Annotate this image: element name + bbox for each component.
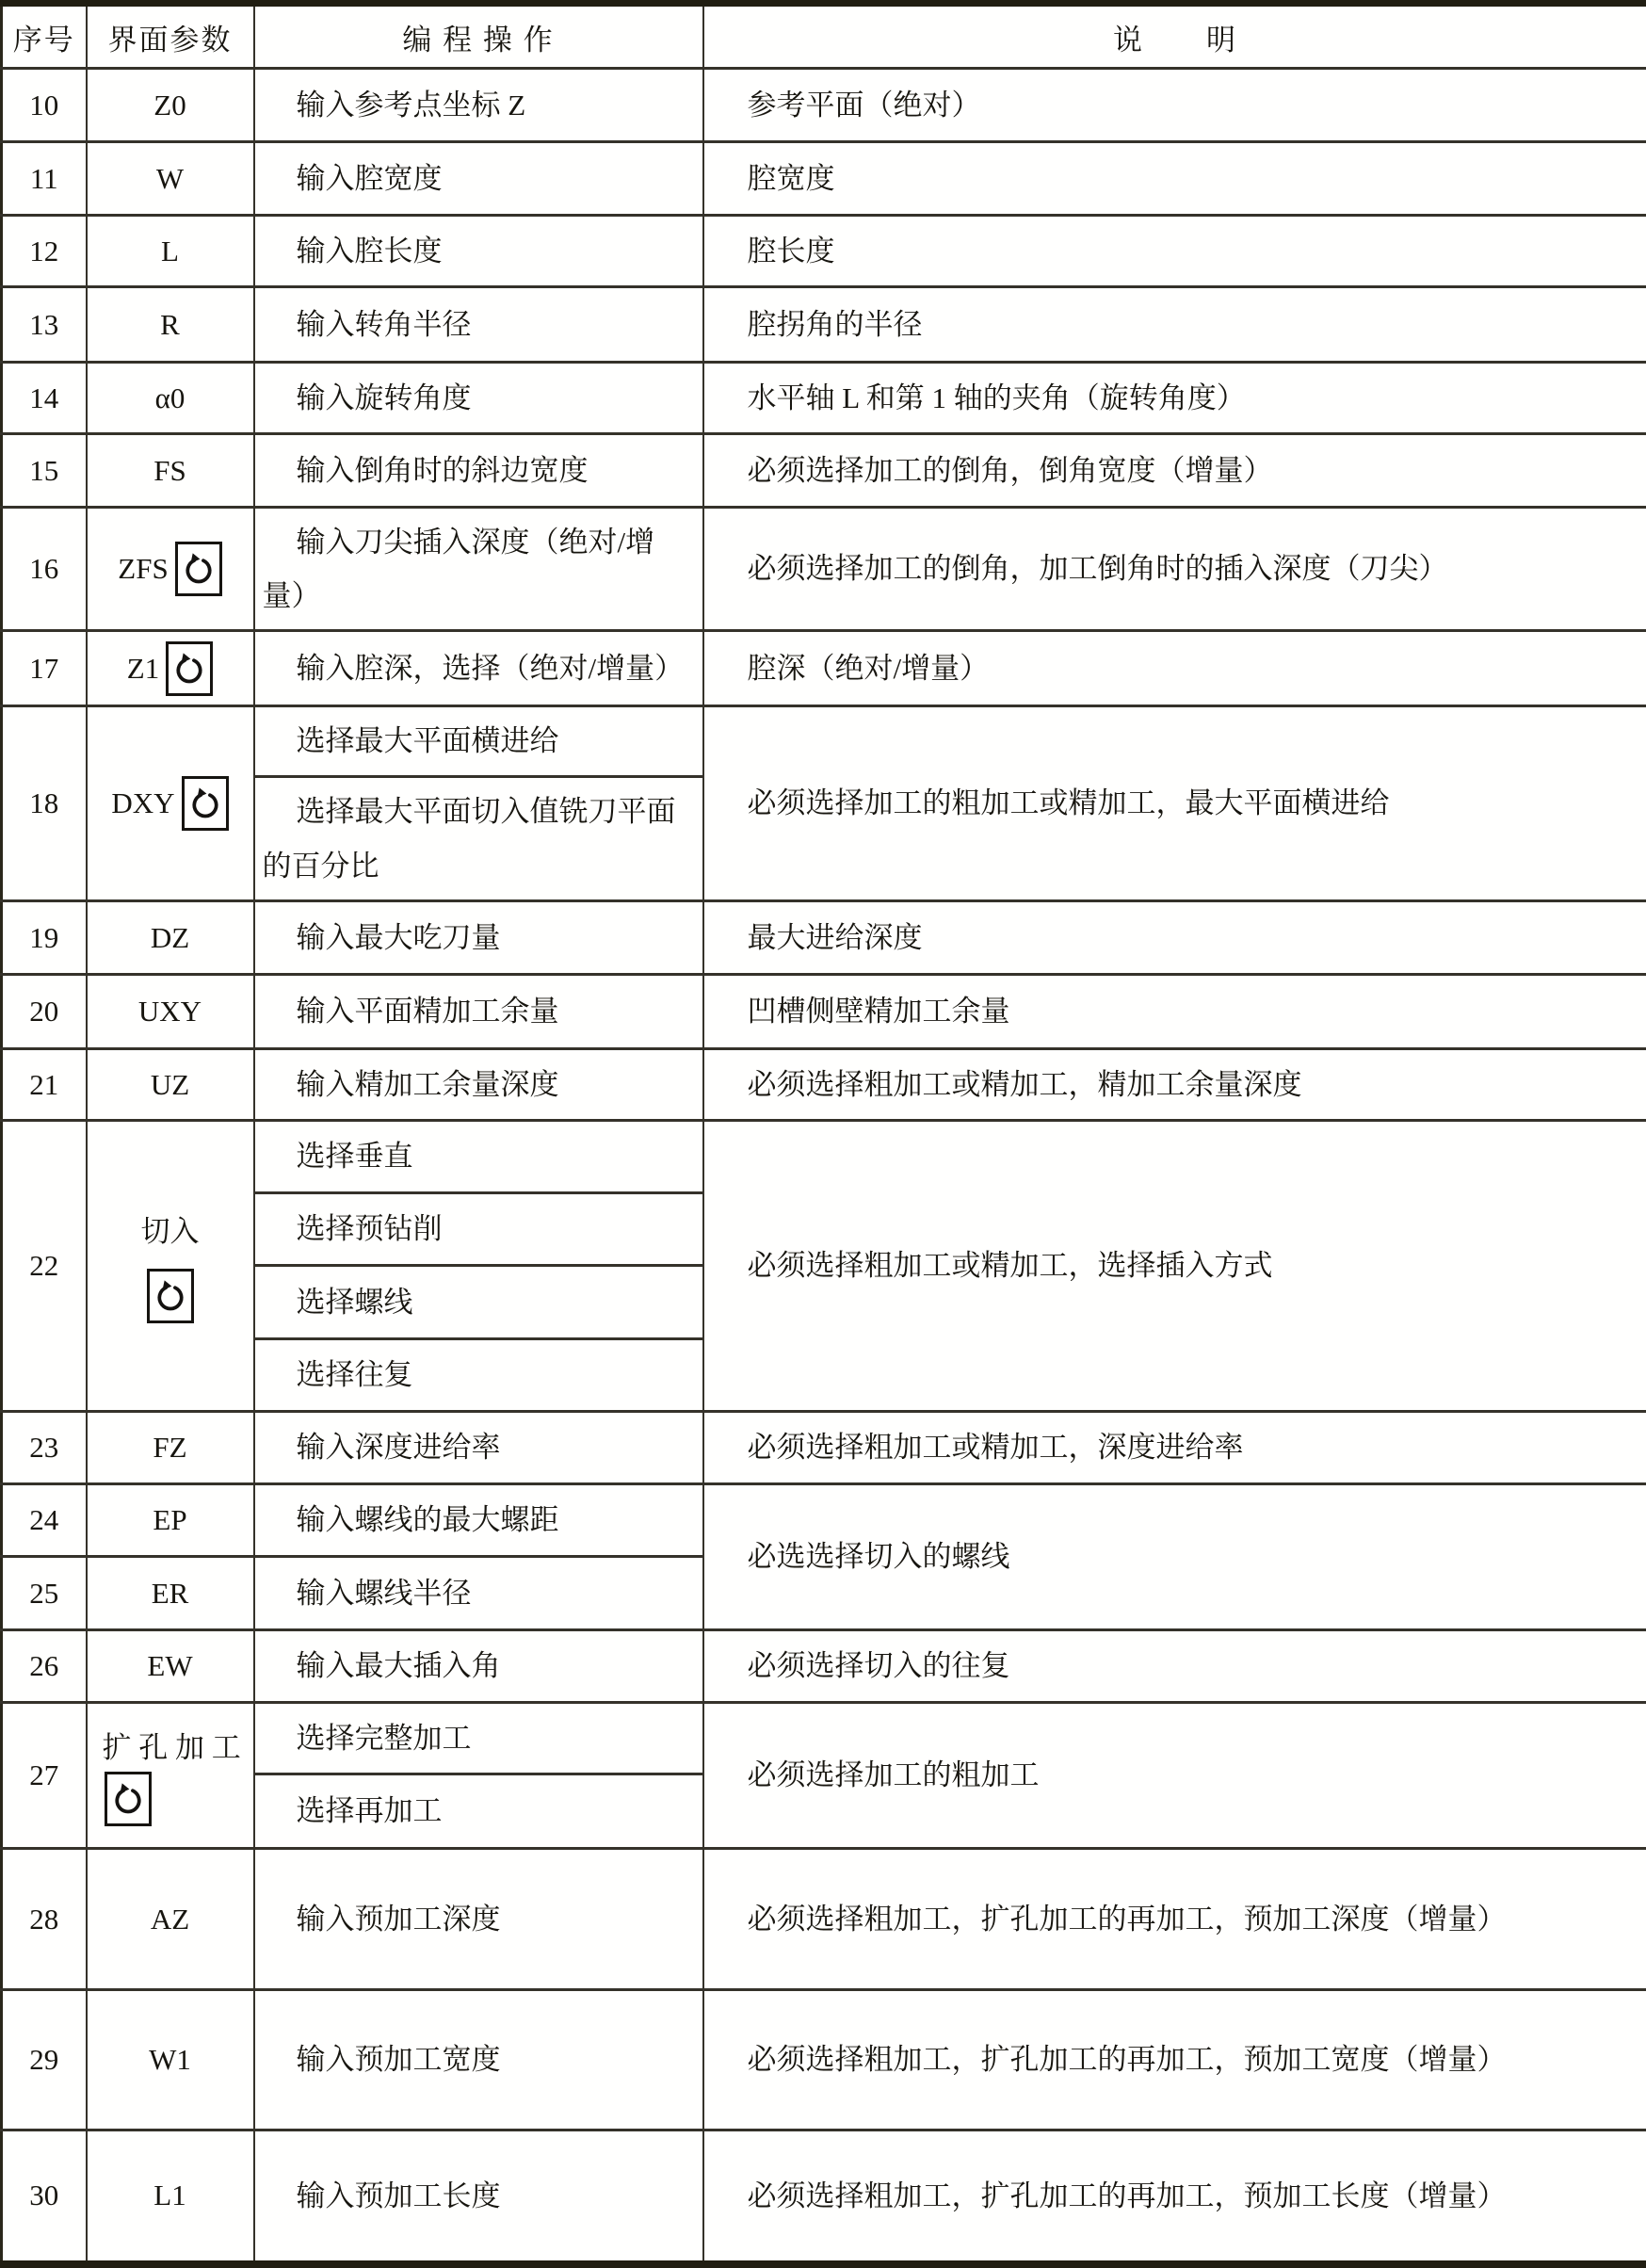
row-operation: 输入刀尖插入深度（绝对/增量） <box>254 508 703 631</box>
row-no: 15 <box>2 434 87 508</box>
row-operation: 选择往复 <box>254 1339 703 1412</box>
row-param: EP <box>87 1484 254 1557</box>
row-no: 27 <box>2 1703 87 1849</box>
table-row: 18 DXY 选择最大平面横进给 必须选择加工的粗加工或精加工，最大平面横进给 <box>2 706 1646 777</box>
row-param: AZ <box>87 1849 254 1990</box>
row-param: 切入 <box>87 1121 254 1412</box>
row-description: 必须选择加工的粗加工或精加工，最大平面横进给 <box>703 706 1646 901</box>
col-header-no: 序号 <box>2 4 87 69</box>
row-description: 必须选择粗加工或精加工，深度进给率 <box>703 1412 1646 1484</box>
row-no: 12 <box>2 216 87 287</box>
row-description: 必须选择粗加工或精加工，选择插入方式 <box>703 1121 1646 1412</box>
table-row: 19 DZ 输入最大吃刀量 最大进给深度 <box>2 901 1646 975</box>
param-label: Z1 <box>127 645 159 692</box>
table-row: 16 ZFS 输入刀尖插入深度（绝对/增量） 必须选择加工的倒角，加工倒角时的插… <box>2 508 1646 631</box>
row-operation: 选择最大平面切入值铣刀平面的百分比 <box>254 777 703 901</box>
row-operation: 输入旋转角度 <box>254 363 703 434</box>
param-label: DXY <box>111 780 174 827</box>
select-toggle-key-icon <box>147 1269 194 1323</box>
row-param: W <box>87 142 254 216</box>
row-description: 必须选择加工的粗加工 <box>703 1703 1646 1849</box>
parameter-table: 序号 界面参数 编 程 操 作 说 明 10 Z0 输入参考点坐标 Z 参考平面… <box>0 0 1646 2268</box>
row-operation: 选择最大平面横进给 <box>254 706 703 777</box>
row-operation: 输入螺线的最大螺距 <box>254 1484 703 1557</box>
row-param: L1 <box>87 2130 254 2264</box>
row-no: 17 <box>2 631 87 706</box>
col-header-param: 界面参数 <box>87 4 254 69</box>
row-operation: 输入参考点坐标 Z <box>254 69 703 142</box>
row-param: DZ <box>87 901 254 975</box>
row-param: R <box>87 287 254 363</box>
row-param: FS <box>87 434 254 508</box>
row-description: 水平轴 L 和第 1 轴的夹角（旋转角度） <box>703 363 1646 434</box>
row-operation: 输入最大插入角 <box>254 1630 703 1703</box>
row-param: L <box>87 216 254 287</box>
table-row: 30 L1 输入预加工长度 必须选择粗加工，扩孔加工的再加工，预加工长度（增量） <box>2 2130 1646 2264</box>
row-param: 扩 孔 加 工 <box>87 1703 254 1849</box>
row-param: ER <box>87 1557 254 1630</box>
param-label: 切入 <box>141 1208 200 1255</box>
row-param: EW <box>87 1630 254 1703</box>
row-operation: 输入预加工深度 <box>254 1849 703 1990</box>
col-header-operation: 编 程 操 作 <box>254 4 703 69</box>
row-description: 参考平面（绝对） <box>703 69 1646 142</box>
param-label: ZFS <box>118 545 168 592</box>
table-row: 13 R 输入转角半径 腔拐角的半径 <box>2 287 1646 363</box>
row-param: Z0 <box>87 69 254 142</box>
row-no: 16 <box>2 508 87 631</box>
row-param: UXY <box>87 975 254 1049</box>
document-page: 序号 界面参数 编 程 操 作 说 明 10 Z0 输入参考点坐标 Z 参考平面… <box>0 0 1646 2268</box>
row-description: 腔宽度 <box>703 142 1646 216</box>
row-description: 腔拐角的半径 <box>703 287 1646 363</box>
table-row: 22 切入 选择垂直 必须选择粗加工或精加工，选择插入方式 <box>2 1121 1646 1193</box>
table-header-row: 序号 界面参数 编 程 操 作 说 明 <box>2 4 1646 69</box>
row-operation: 选择螺线 <box>254 1266 703 1339</box>
row-no: 28 <box>2 1849 87 1990</box>
row-param: DXY <box>87 706 254 901</box>
row-description: 凹槽侧壁精加工余量 <box>703 975 1646 1049</box>
row-operation: 选择预钻削 <box>254 1193 703 1266</box>
col-header-description: 说 明 <box>703 4 1646 69</box>
row-operation: 选择再加工 <box>254 1774 703 1849</box>
row-description: 必选选择切入的螺线 <box>703 1484 1646 1630</box>
row-no: 21 <box>2 1049 87 1121</box>
row-operation: 输入预加工宽度 <box>254 1990 703 2130</box>
row-no: 18 <box>2 706 87 901</box>
row-no: 11 <box>2 142 87 216</box>
table-row: 14 α0 输入旋转角度 水平轴 L 和第 1 轴的夹角（旋转角度） <box>2 363 1646 434</box>
table-row: 28 AZ 输入预加工深度 必须选择粗加工，扩孔加工的再加工，预加工深度（增量） <box>2 1849 1646 1990</box>
row-param: ZFS <box>87 508 254 631</box>
table-row: 12 L 输入腔长度 腔长度 <box>2 216 1646 287</box>
param-label: 扩 孔 加 工 <box>103 1731 241 1764</box>
row-no: 14 <box>2 363 87 434</box>
table-row: 29 W1 输入预加工宽度 必须选择粗加工，扩孔加工的再加工，预加工宽度（增量） <box>2 1990 1646 2130</box>
row-description: 必须选择加工的倒角，倒角宽度（增量） <box>703 434 1646 508</box>
row-no: 30 <box>2 2130 87 2264</box>
table-row: 27 扩 孔 加 工 选择完整加工 必须选择加工的粗加工 <box>2 1703 1646 1774</box>
select-toggle-key-icon <box>182 776 229 831</box>
row-operation: 输入精加工余量深度 <box>254 1049 703 1121</box>
row-description: 必须选择粗加工或精加工，精加工余量深度 <box>703 1049 1646 1121</box>
row-operation: 输入预加工长度 <box>254 2130 703 2264</box>
row-description: 必须选择加工的倒角，加工倒角时的插入深度（刀尖） <box>703 508 1646 631</box>
row-description: 必须选择粗加工，扩孔加工的再加工，预加工宽度（增量） <box>703 1990 1646 2130</box>
row-operation: 输入腔长度 <box>254 216 703 287</box>
row-operation: 输入倒角时的斜边宽度 <box>254 434 703 508</box>
row-no: 24 <box>2 1484 87 1557</box>
row-param: UZ <box>87 1049 254 1121</box>
row-param: W1 <box>87 1990 254 2130</box>
table-row: 23 FZ 输入深度进给率 必须选择粗加工或精加工，深度进给率 <box>2 1412 1646 1484</box>
row-no: 29 <box>2 1990 87 2130</box>
table-row: 10 Z0 输入参考点坐标 Z 参考平面（绝对） <box>2 69 1646 142</box>
row-no: 25 <box>2 1557 87 1630</box>
table-row: 24 EP 输入螺线的最大螺距 必选选择切入的螺线 <box>2 1484 1646 1557</box>
row-param: Z1 <box>87 631 254 706</box>
row-operation: 输入腔深，选择（绝对/增量） <box>254 631 703 706</box>
table-row: 26 EW 输入最大插入角 必须选择切入的往复 <box>2 1630 1646 1703</box>
row-description: 腔深（绝对/增量） <box>703 631 1646 706</box>
row-operation: 输入腔宽度 <box>254 142 703 216</box>
select-toggle-key-icon <box>175 542 222 596</box>
table-row: 21 UZ 输入精加工余量深度 必须选择粗加工或精加工，精加工余量深度 <box>2 1049 1646 1121</box>
row-no: 20 <box>2 975 87 1049</box>
row-description: 最大进给深度 <box>703 901 1646 975</box>
row-no: 22 <box>2 1121 87 1412</box>
row-description: 必须选择粗加工，扩孔加工的再加工，预加工深度（增量） <box>703 1849 1646 1990</box>
row-operation: 输入最大吃刀量 <box>254 901 703 975</box>
row-operation: 输入平面精加工余量 <box>254 975 703 1049</box>
table-row: 20 UXY 输入平面精加工余量 凹槽侧壁精加工余量 <box>2 975 1646 1049</box>
row-no: 19 <box>2 901 87 975</box>
row-param: α0 <box>87 363 254 434</box>
table-row: 15 FS 输入倒角时的斜边宽度 必须选择加工的倒角，倒角宽度（增量） <box>2 434 1646 508</box>
row-description: 必须选择切入的往复 <box>703 1630 1646 1703</box>
row-operation: 输入转角半径 <box>254 287 703 363</box>
row-no: 10 <box>2 69 87 142</box>
row-param: FZ <box>87 1412 254 1484</box>
row-no: 13 <box>2 287 87 363</box>
select-toggle-key-icon <box>166 641 213 696</box>
row-description: 腔长度 <box>703 216 1646 287</box>
row-no: 23 <box>2 1412 87 1484</box>
row-operation: 输入螺线半径 <box>254 1557 703 1630</box>
row-no: 26 <box>2 1630 87 1703</box>
select-toggle-key-icon <box>105 1772 152 1826</box>
row-description: 必须选择粗加工，扩孔加工的再加工，预加工长度（增量） <box>703 2130 1646 2264</box>
table-row: 17 Z1 输入腔深，选择（绝对/增量） 腔深（绝对/增量） <box>2 631 1646 706</box>
row-operation: 输入深度进给率 <box>254 1412 703 1484</box>
table-row: 11 W 输入腔宽度 腔宽度 <box>2 142 1646 216</box>
row-operation: 选择完整加工 <box>254 1703 703 1774</box>
row-operation: 选择垂直 <box>254 1121 703 1193</box>
